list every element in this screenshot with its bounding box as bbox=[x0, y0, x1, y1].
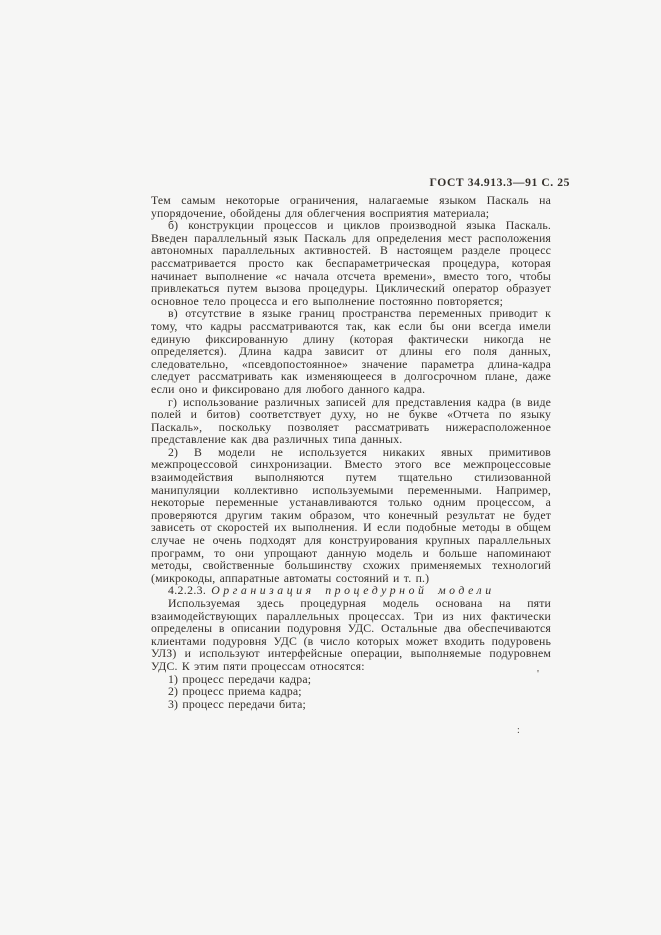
scan-speck: : bbox=[517, 726, 520, 736]
paragraph-item-v: в) отсутствие в языке границ пространств… bbox=[151, 307, 551, 395]
paragraph-procedure-intro: Используемая здесь процедурная модель ос… bbox=[151, 597, 551, 673]
scan-speck: ' bbox=[537, 669, 539, 680]
page-header-gost-number: ГОСТ 34.913.3—91 С. 25 bbox=[150, 176, 570, 189]
paragraph-item-g: г) использование различных записей для п… bbox=[151, 396, 551, 446]
list-item-bit-transmit: 3) процесс передачи бита; bbox=[151, 698, 551, 711]
document-body: Тем самым некоторые ограничения, налагае… bbox=[151, 194, 551, 710]
scanned-document-page: ГОСТ 34.913.3—91 С. 25 Тем самым некотор… bbox=[0, 0, 661, 935]
list-item-frame-receive: 2) процесс приема кадра; bbox=[151, 685, 551, 698]
paragraph-item-2: 2) В модели не используется никаких явны… bbox=[151, 446, 551, 585]
paragraph-continuation: Тем самым некоторые ограничения, налагае… bbox=[151, 194, 551, 219]
paragraph-item-b: б) конструкции процессов и циклов произв… bbox=[151, 219, 551, 307]
